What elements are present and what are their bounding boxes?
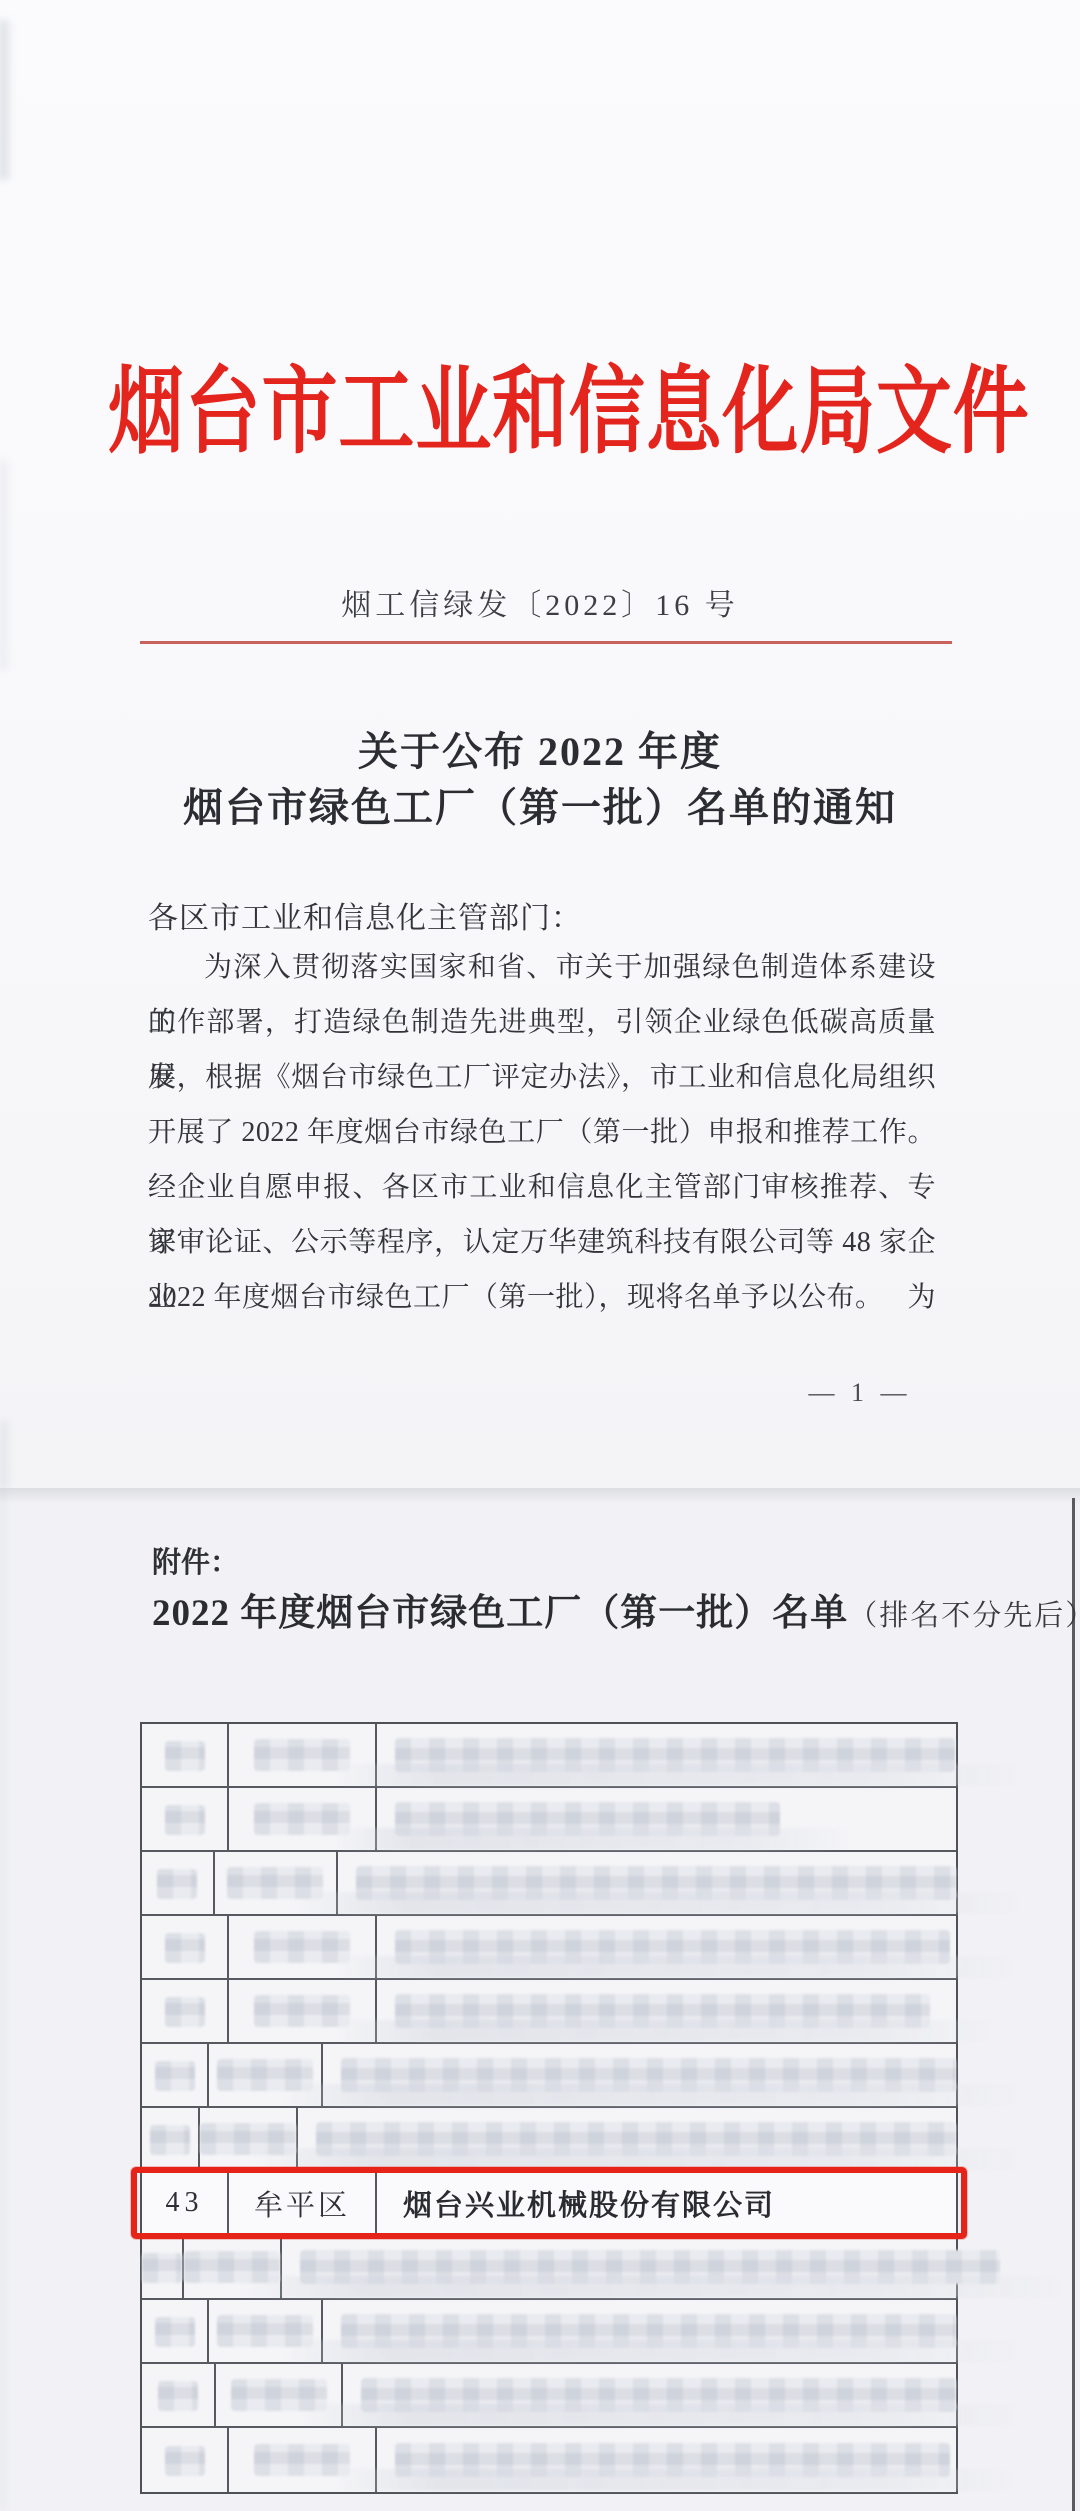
scan-page-1: 烟台市工业和信息化局文件 烟工信绿发〔2022〕16 号 关于公布 2022 年… [0,0,1080,1488]
rank-cell [142,1852,215,1914]
redacted-blob [155,2061,195,2091]
redacted-blob [361,2378,956,2412]
rank-cell: 43 [142,2172,229,2234]
body-line: 为深入贯彻落实国家和省、市关于加强绿色制造体系建设的 [148,940,936,995]
redacted-blob [165,1933,205,1963]
district-cell: 牟平区 [229,2172,377,2234]
body-line: 经企业自愿申报、各区市工业和信息化主管部门审核推荐、专家 [148,1160,936,1215]
body-line: 2022 年度烟台市绿色工厂（第一批），现将名单予以公布。 [148,1270,936,1325]
redacted-blob [395,1930,950,1964]
redacted-blob [395,2443,950,2477]
table-row-redacted [142,2236,956,2300]
scanned-document: 烟台市工业和信息化局文件 烟工信绿发〔2022〕16 号 关于公布 2022 年… [0,0,1080,2511]
table-row-redacted [142,1724,956,1788]
table-row-redacted [142,1980,956,2044]
table-row-redacted [142,1852,956,1916]
company-cell: 烟台兴业机械股份有限公司 [377,2172,956,2234]
table-row-redacted [142,2300,956,2364]
company-cell [323,2044,956,2106]
table-row-redacted [142,1788,956,1852]
rank-cell [142,1980,229,2042]
company-cell [377,1980,956,2042]
redacted-blob [158,2381,198,2411]
redacted-blob [254,2444,350,2476]
body-line: 工作部署，打造绿色制造先进典型，引领企业绿色低碳高质量发 [148,995,936,1050]
redacted-blob [254,1739,350,1771]
scan-edge-artifact [0,1420,12,1488]
rank-cell [142,2364,216,2426]
redacted-blob [395,1994,930,2028]
rank-cell [142,2428,229,2492]
body-line: 开展了 2022 年度烟台市绿色工厂（第一批）申报和推荐工作。 [148,1105,936,1160]
redacted-blob [395,1738,955,1772]
redacted-blob [150,2125,190,2155]
company-cell [323,2300,956,2362]
body-paragraph: 为深入贯彻落实国家和省、市关于加强绿色制造体系建设的 工作部署，打造绿色制造先进… [148,940,936,1325]
rank-cell [142,2300,209,2362]
factory-list-table: 43 牟平区 烟台兴业机械股份有限公司 [140,1722,958,2494]
company-cell [338,1852,956,1914]
redacted-blob [316,2122,956,2156]
company-value: 烟台兴业机械股份有限公司 [377,2183,775,2224]
company-cell [343,2364,956,2426]
attachment-title-note: （排名不分先后） [848,1600,1080,1632]
scan-edge-artifact [0,460,10,670]
redacted-blob [155,2317,195,2347]
redacted-blob [165,2446,205,2476]
scan-edge-artifact [0,1488,8,2511]
document-number: 烟工信绿发〔2022〕16 号 [0,580,1080,624]
rank-value: 43 [166,2187,204,2219]
redacted-blob [254,1995,350,2027]
table-row-redacted [142,2044,956,2108]
body-line: 评审论证、公示等程序，认定万华建筑科技有限公司等 48 家企业为 [148,1215,936,1270]
attachment-title: 2022 年度烟台市绿色工厂（第一批）名单（排名不分先后） [152,1582,1080,1636]
redacted-blob [165,1805,205,1835]
page-number: — 1 — [795,1378,925,1408]
company-cell [298,2108,956,2170]
salutation: 各区市工业和信息化主管部门： [148,893,582,937]
red-letterhead-title: 烟台市工业和信息化局文件 [108,358,972,466]
company-cell [377,1788,956,1850]
table-row-redacted [142,2428,956,2492]
notice-title-line-1: 关于公布 2022 年度 [0,728,1080,776]
redacted-blob [157,1869,197,1899]
company-cell [377,1724,956,1786]
table-row-redacted [142,1916,956,1980]
redacted-blob [341,2058,956,2092]
rank-cell [142,2044,209,2106]
scan-edge-artifact-line [1072,1498,1075,2511]
rank-cell [142,2236,184,2298]
redacted-blob [356,1866,956,1900]
table-row-redacted [142,2108,956,2172]
redacted-blob [341,2314,956,2348]
attachment-label: 附件： [152,1540,239,1581]
rank-cell [142,1916,229,1978]
redacted-blob [142,2253,182,2283]
rank-cell [142,1788,229,1850]
rank-cell [142,1724,229,1786]
attachment-title-text: 2022 年度烟台市绿色工厂（第一批）名单 [152,1593,848,1634]
redacted-blob [254,1931,350,1963]
body-line: 展，根据《烟台市绿色工厂评定办法》，市工业和信息化局组织 [148,1050,936,1105]
redacted-blob [395,1802,780,1836]
company-cell [377,2428,956,2492]
rank-cell [142,2108,200,2170]
district-value: 牟平区 [254,2183,350,2224]
redacted-blob [165,1741,205,1771]
highlighted-row: 43 牟平区 烟台兴业机械股份有限公司 [142,2172,956,2236]
redacted-blob [165,1997,205,2027]
red-divider-rule [140,641,952,644]
notice-title-line-2: 烟台市绿色工厂（第一批）名单的通知 [0,784,1080,832]
company-cell [282,2236,1000,2298]
redacted-blob [300,2250,1000,2284]
company-cell [377,1916,956,1978]
table-row-redacted [142,2364,956,2428]
scan-edge-artifact [0,20,12,180]
redacted-blob [254,1803,350,1835]
